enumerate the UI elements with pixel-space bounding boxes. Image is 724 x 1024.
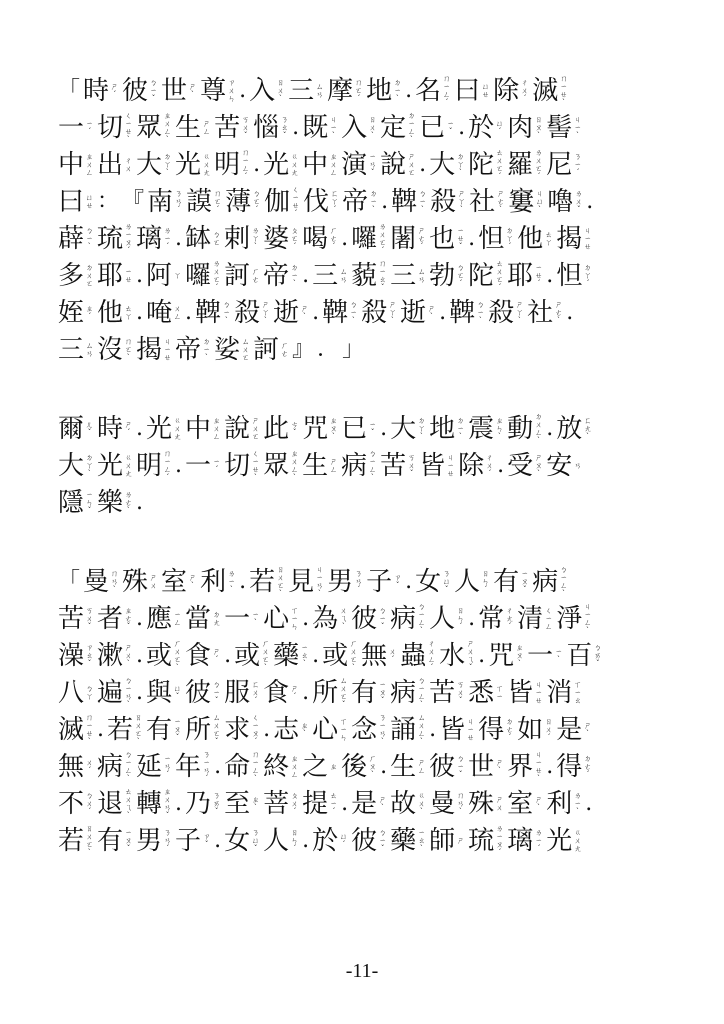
hanzi: 已 (341, 414, 367, 444)
hanzi: 苦 (429, 678, 455, 708)
bopomofo-annotation: ㄓㄨㄢˇ (163, 788, 172, 820)
hanzi: 地 (429, 414, 455, 444)
annotated-character: 受ㄕㄡˋ (507, 451, 543, 481)
hanzi: 菩 (263, 789, 289, 819)
annotated-character: 彼ㄅㄧˇ (122, 76, 158, 106)
annotated-character: 年ㄋㄧㄢˊ (175, 751, 211, 783)
annotated-character: 若ㄖㄨㄛˋ (107, 714, 143, 746)
hanzi: 子 (366, 567, 392, 597)
annotated-character: 也ㄧㄝˇ (429, 224, 465, 254)
punctuation: . (224, 641, 231, 671)
annotated-character: 淨ㄐㄧㄥˋ (556, 603, 592, 635)
annotated-character: 彼ㄅㄧˇ (185, 678, 221, 708)
annotated-character: 故ㄍㄨˋ (390, 789, 426, 819)
annotated-character: 三ㄙㄢ (390, 261, 426, 291)
bopomofo-annotation: ㄕㄥ (202, 120, 211, 136)
annotated-character: 生ㄕㄥ (175, 113, 211, 143)
annotated-character: 念ㄋㄧㄢˋ (351, 714, 387, 746)
bopomofo-annotation: ㄑㄧㄝˋ (124, 112, 133, 144)
bopomofo-annotation: ㄇㄧㄥˋ (251, 751, 260, 783)
punctuation: . (546, 261, 553, 291)
bopomofo-annotation: ㄘˇ (290, 421, 299, 437)
annotated-character: 苦ㄎㄨˇ (380, 451, 416, 481)
hanzi: 悉 (468, 678, 494, 708)
annotated-character: 滅ㄇㄧㄝˋ (58, 714, 94, 746)
annotated-character: 不ㄅㄨˊ (58, 789, 94, 819)
bopomofo-annotation: ㄊㄧˊ (329, 792, 338, 816)
annotated-character: 如ㄖㄨˊ (517, 715, 553, 745)
bopomofo-annotation: ㄆㄨˊ (290, 792, 299, 816)
annotated-character: 沒ㄇㄛˋ (97, 335, 133, 365)
hanzi: 心 (263, 604, 289, 634)
annotated-character: 光ㄍㄨㄤ (97, 451, 133, 481)
annotated-character: 陀ㄊㄨㄛˊ (468, 260, 504, 292)
hanzi: 除 (458, 451, 484, 481)
hanzi: 終 (263, 752, 289, 782)
annotated-character: 咒ㄓㄡˋ (488, 641, 524, 671)
punctuation: ． (317, 335, 339, 365)
hanzi: 曰 (58, 187, 84, 217)
punctuation: . (546, 752, 553, 782)
annotated-character: 之ㄓ (302, 752, 338, 782)
hanzi: 光 (263, 150, 289, 180)
bopomofo-annotation: ㄉㄧˋ (290, 264, 299, 288)
hanzi: 至 (224, 789, 250, 819)
bopomofo-annotation: ㄋㄧˊ (573, 153, 582, 177)
bopomofo-annotation: ㄕㄨㄟˇ (466, 640, 475, 672)
bopomofo-annotation: ㄨˊ (388, 648, 397, 664)
bopomofo-annotation: ㄒㄧ (495, 685, 504, 701)
bopomofo-annotation: ㄕˋ (378, 796, 387, 812)
bopomofo-annotation: ㄊㄨㄟˋ (124, 788, 133, 820)
punctuation: . (97, 715, 104, 745)
annotated-character: 有ㄧㄡˇ (351, 678, 387, 708)
bopomofo-annotation: ㄑㄧㄥ (544, 607, 553, 631)
annotated-character: 鞞ㄅㄧˋ (322, 298, 358, 328)
hanzi: 病 (390, 678, 416, 708)
hanzi: 窶 (508, 187, 534, 217)
hanzi: 一 (58, 113, 84, 143)
bopomofo-annotation: ㄅㄛ (212, 231, 221, 247)
annotated-character: 切ㄑㄧㄝˋ (224, 450, 260, 482)
hanzi: 入 (341, 113, 367, 143)
bopomofo-annotation: ㄩˊ (339, 833, 348, 849)
annotated-character: 人ㄖㄣˊ (454, 567, 490, 597)
bopomofo-annotation: ㄕ (456, 837, 465, 845)
bopomofo-annotation: ㄒㄧㄣ (290, 607, 299, 631)
text-line: 三ㄙㄢ沒ㄇㄛˋ揭ㄐㄧㄝ帝ㄉㄧˋ娑ㄙㄨㄛ訶ㄏㄜ』．」 (58, 331, 678, 368)
annotated-character: 中ㄓㄨㄥ (302, 150, 338, 180)
hanzi: 若 (58, 826, 84, 856)
annotated-character: 有ㄧㄡˇ (146, 715, 182, 745)
hanzi: 剌 (224, 224, 250, 254)
page-number: -11- (0, 960, 724, 983)
annotated-character: 殺ㄕㄚˋ (488, 298, 524, 328)
hanzi: 為 (312, 604, 338, 634)
bopomofo-annotation: ㄌㄧˊ (163, 227, 172, 251)
bopomofo-annotation: ㄉㄚˋ (85, 454, 94, 478)
bopomofo-annotation: ㄇㄧㄠˇ (378, 260, 387, 292)
bopomofo-annotation: ㄒㄧㄠ (573, 681, 582, 705)
text-line: 薜ㄅㄧˋ琉ㄌㄧㄡˊ璃ㄌㄧˊ.缽ㄅㄛ剌ㄌㄚˋ婆ㄆㄛˊ喝ㄏㄜˊ.囉ㄌㄨㄛˊ闍ㄕㄜˊ也… (58, 220, 678, 257)
bopomofo-annotation: ㄐㄧㄝ (534, 681, 543, 705)
hanzi: 隱 (58, 488, 84, 518)
hanzi: 三 (312, 261, 338, 291)
hanzi: 伐 (303, 187, 329, 217)
hanzi: 大 (136, 150, 162, 180)
bopomofo-annotation: ㄉㄜˊ (505, 718, 514, 742)
bopomofo-annotation: ㄍㄨㄤ (173, 417, 182, 441)
bopomofo-annotation: ㄕㄡˋ (534, 454, 543, 478)
hanzi: 人 (454, 567, 480, 597)
annotated-character: 與ㄩˇ (146, 678, 182, 708)
annotated-character: 此ㄘˇ (263, 414, 299, 444)
annotated-character: 曼ㄇㄢˋ (83, 567, 119, 597)
annotated-character: 已ㄧˇ (341, 414, 377, 444)
hanzi: 得 (478, 715, 504, 745)
annotated-character: 既ㄐㄧˋ (302, 113, 338, 143)
bopomofo-annotation: ㄕˋ (188, 574, 197, 590)
annotated-character: 說ㄕㄨㄛ (224, 414, 260, 444)
annotated-character: 利ㄌㄧˋ (200, 567, 236, 597)
annotated-character: 三ㄙㄢ (288, 76, 324, 106)
hanzi: 明 (214, 150, 240, 180)
annotated-character: 滅ㄇㄧㄝˋ (532, 75, 568, 107)
hanzi: 樂 (97, 488, 123, 518)
hanzi: 陀 (468, 261, 494, 291)
bopomofo-annotation: ㄕㄨㄛ (407, 153, 416, 177)
hanzi: 名 (415, 76, 441, 106)
hanzi: 是 (556, 715, 582, 745)
bopomofo-annotation: ㄊㄚ (124, 305, 133, 321)
bopomofo-annotation: ㄙㄢ (417, 268, 426, 284)
hanzi: 若 (107, 715, 133, 745)
annotated-character: 後ㄏㄡˋ (341, 752, 377, 782)
annotated-character: 囉ㄌㄨㄛˊ (351, 223, 387, 255)
bopomofo-annotation: ㄙㄢ (315, 83, 324, 99)
annotated-character: 或ㄏㄨㄛˋ (146, 640, 182, 672)
hanzi: 薜 (58, 224, 84, 254)
bopomofo-annotation: ㄖㄣˊ (456, 607, 465, 631)
hanzi: 說 (224, 414, 250, 444)
hanzi: 師 (429, 826, 455, 856)
hanzi: 尊 (200, 76, 226, 106)
hanzi: 轉 (136, 789, 162, 819)
hanzi: 受 (507, 451, 533, 481)
annotated-character: 蟲ㄔㄨㄥˊ (400, 640, 436, 672)
hanzi: 入 (249, 76, 275, 106)
bopomofo-annotation: ㄉㄤ (212, 611, 221, 627)
hanzi: 說 (380, 150, 406, 180)
text-line: 無ㄨˊ病ㄅㄧㄥˋ延ㄧㄢˊ年ㄋㄧㄢˊ.命ㄇㄧㄥˋ終ㄓㄨㄥ之ㄓ後ㄏㄡˋ.生ㄕㄥ彼ㄅㄧ… (58, 748, 678, 785)
bopomofo-annotation: ㄩˇ (173, 685, 182, 701)
bopomofo-annotation: ㄙㄨㄛˇ (339, 677, 348, 709)
annotated-character: 心ㄒㄧㄣ (312, 715, 348, 745)
bopomofo-annotation: ㄢ (573, 462, 582, 470)
punctuation: . (586, 187, 593, 217)
punctuation: . (468, 604, 475, 634)
punctuation: . (478, 641, 485, 671)
annotated-character: 漱ㄕㄨˋ (97, 641, 133, 671)
bopomofo-annotation: ㄌㄧˋ (227, 570, 236, 594)
annotated-character: 訶ㄏㄜ (224, 261, 260, 291)
hanzi: 定 (380, 113, 406, 143)
bopomofo-annotation: ㄍㄨㄤ (573, 829, 582, 853)
annotated-character: 唵ㄨㄥ (146, 298, 182, 328)
hanzi: 曼 (429, 789, 455, 819)
bopomofo-annotation: ㄅㄚ (85, 685, 94, 701)
bopomofo-annotation: ㄧㄡˇ (173, 718, 182, 742)
bopomofo-annotation: ㄅㄧㄢˋ (124, 677, 133, 709)
annotated-character: 為ㄨㄟˋ (312, 604, 348, 634)
hanzi: 皆 (439, 715, 465, 745)
annotated-character: 無ㄨˊ (361, 641, 397, 671)
annotated-character: 琉ㄌㄧㄡˊ (97, 223, 133, 255)
hanzi: 勃 (429, 261, 455, 291)
annotated-character: 大ㄉㄚˋ (429, 150, 465, 180)
bopomofo-annotation: ㄌㄜˋ (124, 491, 133, 515)
bopomofo-annotation: ㄅㄧˋ (349, 301, 358, 325)
bopomofo-annotation: ㄔㄨ (124, 157, 133, 173)
annotated-character: 揭ㄐㄧㄝ (556, 224, 592, 254)
bopomofo-annotation: ㄊㄨㄛˊ (495, 260, 504, 292)
annotated-character: 缽ㄅㄛ (185, 224, 221, 254)
bopomofo-annotation: ㄕㄥ (417, 759, 426, 775)
hanzi: 中 (185, 414, 211, 444)
bopomofo-annotation: ㄧˇ (368, 421, 377, 437)
punctuation: . (429, 715, 436, 745)
annotated-character: 或ㄏㄨㄛˋ (234, 640, 270, 672)
hanzi: 子 (175, 826, 201, 856)
hanzi: 陀 (468, 150, 494, 180)
punctuation: 『 (122, 187, 144, 217)
hanzi: 之 (302, 752, 328, 782)
annotated-character: 人ㄖㄣˊ (429, 604, 465, 634)
annotated-character: 誦ㄙㄨㄥˋ (390, 714, 426, 746)
annotated-character: 帝ㄉㄧˋ (263, 261, 299, 291)
bopomofo-annotation: ㄈㄚˊ (330, 190, 339, 214)
hanzi: 苦 (380, 451, 406, 481)
annotated-character: 女ㄋㄩˇ (224, 826, 260, 856)
bopomofo-annotation: ㄇㄛˋ (124, 338, 133, 362)
annotated-character: 心ㄒㄧㄣ (263, 604, 299, 634)
bopomofo-annotation: ㄧㄢˇ (368, 153, 377, 177)
hanzi: 鞞 (449, 298, 475, 328)
annotated-character: 皆ㄐㄧㄝ (439, 715, 475, 745)
hanzi: 放 (556, 414, 582, 444)
bopomofo-annotation: ㄅㄧㄥˋ (559, 566, 568, 598)
hanzi: 室 (161, 567, 187, 597)
bopomofo-annotation: ㄕˋ (300, 305, 309, 321)
bopomofo-annotation: ㄧˋ (251, 611, 260, 627)
annotated-character: 怛ㄉㄚˊ (556, 261, 592, 291)
annotated-character: 師ㄕ (429, 826, 465, 856)
bopomofo-annotation: ㄅㄧˇ (456, 755, 465, 779)
annotated-character: 摩ㄇㄛˊ (327, 76, 363, 106)
punctuation: . (136, 488, 143, 518)
hanzi: 皆 (419, 451, 445, 481)
hanzi: 揭 (136, 335, 162, 365)
annotated-character: 藐ㄇㄧㄠˇ (351, 260, 387, 292)
bopomofo-annotation: ㄑㄧㄝˋ (251, 450, 260, 482)
paragraph: 爾ㄦˇ時ㄕˊ.光ㄍㄨㄤ中ㄓㄨㄥ說ㄕㄨㄛ此ㄘˇ咒ㄓㄡˋ已ㄧˇ.大ㄉㄚˋ地ㄉㄧˋ震ㄓ… (58, 410, 678, 521)
annotated-character: 咒ㄓㄡˋ (302, 414, 338, 444)
hanzi: 琉 (468, 826, 494, 856)
bopomofo-annotation: ㄕˋ (495, 759, 504, 775)
bopomofo-annotation: ㄋㄢˊ (354, 570, 363, 594)
hanzi: 安 (546, 451, 572, 481)
punctuation: . (263, 715, 270, 745)
bopomofo-annotation: ㄧㄥ (173, 611, 182, 627)
hanzi: 者 (97, 604, 123, 634)
bopomofo-annotation: ㄅㄧˇ (212, 681, 221, 705)
bopomofo-annotation: ㄨㄟˋ (339, 607, 348, 631)
annotated-character: 藥ㄧㄠˋ (273, 641, 309, 671)
hanzi: 室 (507, 789, 533, 819)
hanzi: 退 (97, 789, 123, 819)
hanzi: 水 (439, 641, 465, 671)
hanzi: 有 (97, 826, 123, 856)
annotated-character: 常ㄔㄤˊ (478, 604, 514, 634)
bopomofo-annotation: ㄉㄨㄥˋ (534, 413, 543, 445)
bopomofo-annotation: ㄋㄠˇ (280, 116, 289, 140)
hanzi: 伽 (264, 187, 290, 217)
annotated-character: 他ㄊㄚ (97, 298, 133, 328)
annotated-character: 動ㄉㄨㄥˋ (507, 413, 543, 445)
hanzi: 髻 (546, 113, 572, 143)
bopomofo-annotation: ㄋㄢˊ (174, 190, 183, 214)
punctuation: . (341, 224, 348, 254)
annotated-character: 彼ㄅㄧˇ (429, 752, 465, 782)
annotated-character: 一ㄧˊ (185, 451, 221, 481)
hanzi: 有 (493, 567, 519, 597)
hanzi: 三 (58, 335, 84, 365)
bopomofo-annotation: ㄕˋ (427, 305, 436, 321)
bopomofo-annotation: ㄏㄨㄛˋ (173, 640, 182, 672)
annotated-character: 於ㄩˊ (312, 826, 348, 856)
hanzi: 社 (527, 298, 553, 328)
bopomofo-annotation: ㄉㄧˋ (369, 190, 378, 214)
bopomofo-annotation: ㄏㄜ (280, 342, 289, 358)
hanzi: 彼 (351, 604, 377, 634)
bopomofo-annotation: ㄐㄧㄝ (446, 454, 455, 478)
annotated-character: 是ㄕˋ (556, 715, 592, 745)
hanzi: 訶 (224, 261, 250, 291)
bopomofo-annotation: ㄌㄨㄛˊ (378, 223, 387, 255)
bopomofo-annotation: ㄓㄡˋ (515, 644, 524, 668)
bopomofo-annotation: ㄎㄨˇ (407, 454, 416, 478)
bopomofo-annotation: ㄖㄨㄛˋ (134, 714, 143, 746)
annotated-character: 地ㄉㄧˋ (366, 76, 402, 106)
hanzi: 生 (302, 451, 328, 481)
annotated-character: 若ㄖㄨㄛˋ (58, 825, 94, 857)
bopomofo-annotation: ㄐㄧㄝ (583, 227, 592, 251)
hanzi: 生 (390, 752, 416, 782)
bopomofo-annotation: ㄅㄧㄥˋ (417, 603, 426, 635)
annotated-character: 勃ㄅㄛˊ (429, 261, 465, 291)
bopomofo-annotation: ㄐㄧˋ (573, 116, 582, 140)
annotated-character: 鞞ㄅㄧˋ (195, 298, 231, 328)
bopomofo-annotation: ㄆㄛˊ (290, 227, 299, 251)
punctuation: . (380, 414, 387, 444)
annotated-character: 至ㄓˋ (224, 789, 260, 819)
annotated-character: 人ㄖㄣˊ (263, 826, 299, 856)
annotated-character: 謨ㄇㄛˊ (186, 187, 222, 217)
hanzi: 咒 (302, 414, 328, 444)
hanzi: 皆 (507, 678, 533, 708)
annotated-character: 除ㄔㄨˊ (493, 76, 529, 106)
hanzi: 帝 (175, 335, 201, 365)
text-line: 曰ㄩㄝ：『南ㄋㄢˊ謨ㄇㄛˊ薄ㄅㄛˊ伽ㄑㄧㄝˊ伐ㄈㄚˊ帝ㄉㄧˋ.鞞ㄅㄧˋ殺ㄕㄚˋ社… (58, 183, 678, 220)
bopomofo-annotation: ㄕˋ (188, 83, 197, 99)
hanzi: 漱 (97, 641, 123, 671)
punctuation: ： (97, 187, 119, 217)
bopomofo-annotation: ㄓㄜˇ (124, 607, 133, 631)
bopomofo-annotation: ㄅㄧˋ (85, 227, 94, 251)
hanzi: 藥 (273, 641, 299, 671)
bopomofo-annotation: ㄍㄨˋ (417, 792, 426, 816)
hanzi: 殊 (468, 789, 494, 819)
annotated-character: 大ㄉㄚˋ (58, 451, 94, 481)
hanzi: 動 (507, 414, 533, 444)
bopomofo-annotation: ㄓㄣˋ (495, 417, 504, 441)
hanzi: 此 (263, 414, 289, 444)
annotated-character: 明ㄇㄧㄥˊ (136, 450, 172, 482)
annotated-character: 有ㄧㄡˇ (97, 826, 133, 856)
annotated-character: 曰ㄩㄝ (58, 187, 94, 217)
bopomofo-annotation: ㄌㄧㄡˊ (495, 825, 504, 857)
hanzi: 服 (224, 678, 250, 708)
bopomofo-annotation: ㄅㄧˋ (418, 190, 427, 214)
hanzi: 人 (429, 604, 455, 634)
hanzi: 人 (263, 826, 289, 856)
hanzi: 彼 (351, 826, 377, 856)
annotated-character: 延ㄧㄢˊ (136, 752, 172, 782)
annotated-character: 或ㄏㄨㄛˋ (322, 640, 358, 672)
hanzi: 娑 (214, 335, 240, 365)
annotated-character: 出ㄔㄨ (97, 150, 133, 180)
annotated-character: 髻ㄐㄧˋ (546, 113, 582, 143)
bopomofo-annotation: ㄩㄝ (481, 83, 490, 99)
bopomofo-annotation: ㄧㄣˇ (85, 491, 94, 515)
hanzi: 他 (97, 298, 123, 328)
bopomofo-annotation: ㄉㄧㄥˋ (407, 112, 416, 144)
punctuation: . (136, 261, 143, 291)
bopomofo-annotation: ㄐㄧㄝ (163, 338, 172, 362)
bopomofo-annotation: ㄐㄩˋ (535, 190, 544, 214)
punctuation: . (419, 150, 426, 180)
punctuation: . (175, 224, 182, 254)
hanzi: 逝 (273, 298, 299, 328)
punctuation: . (136, 604, 143, 634)
annotated-character: 名ㄇㄧㄥˊ (415, 75, 451, 107)
bopomofo-annotation: ㄌㄧˊ (534, 829, 543, 853)
hanzi: 利 (546, 789, 572, 819)
annotated-character: 世ㄕˋ (161, 76, 197, 106)
bopomofo-annotation: ㄔㄨㄥˊ (427, 640, 436, 672)
punctuation: . (405, 567, 412, 597)
bopomofo-annotation: ㄖㄡˋ (534, 116, 543, 140)
text-line: 姪ㄓˊ他ㄊㄚ.唵ㄨㄥ.鞞ㄅㄧˋ殺ㄕㄚˋ逝ㄕˋ.鞞ㄅㄧˋ殺ㄕㄚˋ逝ㄕˋ.鞞ㄅㄧˋ殺… (58, 294, 678, 331)
hanzi: 生 (175, 113, 201, 143)
bopomofo-annotation: ㄉㄚˋ (456, 153, 465, 177)
annotated-character: 一ㄧˋ (527, 641, 563, 671)
annotated-character: 室ㄕˋ (507, 789, 543, 819)
annotated-character: 中ㄓㄨㄥ (58, 150, 94, 180)
hanzi: 肉 (507, 113, 533, 143)
bopomofo-annotation: ㄧㄢˊ (163, 755, 172, 779)
hanzi: 命 (224, 752, 250, 782)
